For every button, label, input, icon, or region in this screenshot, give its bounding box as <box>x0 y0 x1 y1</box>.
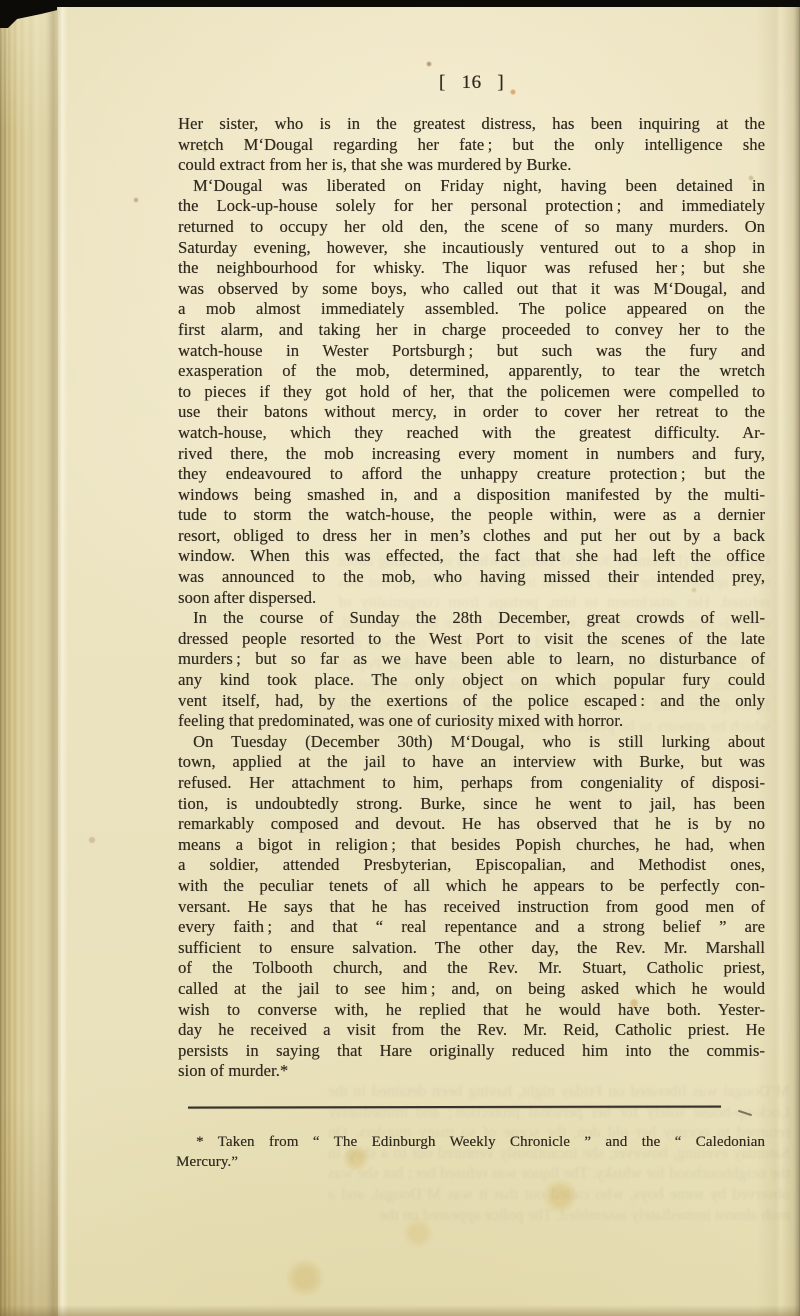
text-line: Her sister, who is in the greatest distr… <box>178 114 765 135</box>
text-line: persists in saying that Hare originally … <box>178 1041 765 1062</box>
text-line: rived there, the mob increasing every mo… <box>178 444 765 465</box>
text-line: means a bigot in religion ; that besides… <box>178 835 765 856</box>
text-line: Saturday evening, however, she incautiou… <box>178 238 765 259</box>
page-number-text: [ 16 ] <box>439 72 504 93</box>
text-line: M‘Dougal was liberated on Friday night, … <box>178 176 765 197</box>
text-line: versant. He says that he has received in… <box>178 897 765 918</box>
text-line: sufficient to ensure salvation. The othe… <box>178 938 765 959</box>
text-line: exasperation of the mob, determined, app… <box>178 361 765 382</box>
text-line: could extract from her is, that she was … <box>178 155 765 176</box>
book-page-scan: On Tuesday (December 30th) M‘Dougal, who… <box>0 0 800 1316</box>
text-line: In the course of Sunday the 28th Decembe… <box>178 608 765 629</box>
text-line: was observed by some boys, who called ou… <box>178 279 765 300</box>
text-line: sion of murder.* <box>178 1061 765 1082</box>
text-line: vent itself, had, by the exertions of th… <box>178 691 765 712</box>
text-line: to pieces if they got hold of her, that … <box>178 382 765 403</box>
text-line: watch-house, which they reached with the… <box>178 423 765 444</box>
text-line: of the Tolbooth church, and the Rev. Mr.… <box>178 958 765 979</box>
text-line: called at the jail to see him ; and, on … <box>178 979 765 1000</box>
text-line: a mob almost immediately assembled. The … <box>178 299 765 320</box>
footnote-line: * Taken from “ The Edinburgh Weekly Chro… <box>176 1132 765 1152</box>
text-line: watch-house in Wester Portsburgh ; but s… <box>178 341 765 362</box>
text-line: first alarm, and taking her in charge pr… <box>178 320 765 341</box>
text-line: windows being smashed in, and a disposit… <box>178 485 765 506</box>
text-line: they endeavoured to afford the unhappy c… <box>178 464 765 485</box>
text-line: tude to storm the watch-house, the peopl… <box>178 505 765 526</box>
text-line: every faith ; and that “ real repentance… <box>178 917 765 938</box>
text-line: was announced to the mob, who having mis… <box>178 567 765 588</box>
text-line: the neighbourhood for whisky. The liquor… <box>178 258 765 279</box>
text-line: feeling that predominated, was one of cu… <box>178 711 765 732</box>
text-line: wish to converse with, he replied that h… <box>178 1000 765 1021</box>
text-line: town, applied at the jail to have an int… <box>178 752 765 773</box>
text-line: the Lock-up-house solely for her persona… <box>178 196 765 217</box>
text-line: soon after dispersed. <box>178 588 765 609</box>
text-line: refused. Her attachment to him, perhaps … <box>178 773 765 794</box>
text-line: murders ; but so far as we have been abl… <box>178 649 765 670</box>
bottom-edge-shadow <box>0 1305 800 1316</box>
text-line: On Tuesday (December 30th) M‘Dougal, who… <box>178 732 765 753</box>
text-line: any kind took place. The only object on … <box>178 670 765 691</box>
text-line: dressed people resorted to the West Port… <box>178 629 765 650</box>
text-line: tion, is undoubtedly strong. Burke, sinc… <box>178 794 765 815</box>
text-line: a soldier, attended Presbyterian, Episco… <box>178 855 765 876</box>
footnote-line: Mercury.” <box>176 1152 765 1172</box>
binding-crease <box>44 4 68 1316</box>
page-number: [ 16 ] <box>178 72 765 94</box>
text-line: resort, obliged to dress her in men’s cl… <box>178 526 765 547</box>
page-text: Her sister, who is in the greatest distr… <box>178 114 765 1082</box>
text-line: returned to occupy her old den, the scen… <box>178 217 765 238</box>
scan-edge-top <box>0 0 800 7</box>
text-line: day he received a visit from the Rev. Mr… <box>178 1020 765 1041</box>
text-line: wretch M‘Dougal regarding her fate ; but… <box>178 135 765 156</box>
text-line: with the peculiar tenets of all which he… <box>178 876 765 897</box>
text-line: window. When this was effected, the fact… <box>178 546 765 567</box>
text-line: use their batons without mercy, in order… <box>178 402 765 423</box>
text-line: remarkably composed and devout. He has o… <box>178 814 765 835</box>
footnote: * Taken from “ The Edinburgh Weekly Chro… <box>176 1132 765 1172</box>
